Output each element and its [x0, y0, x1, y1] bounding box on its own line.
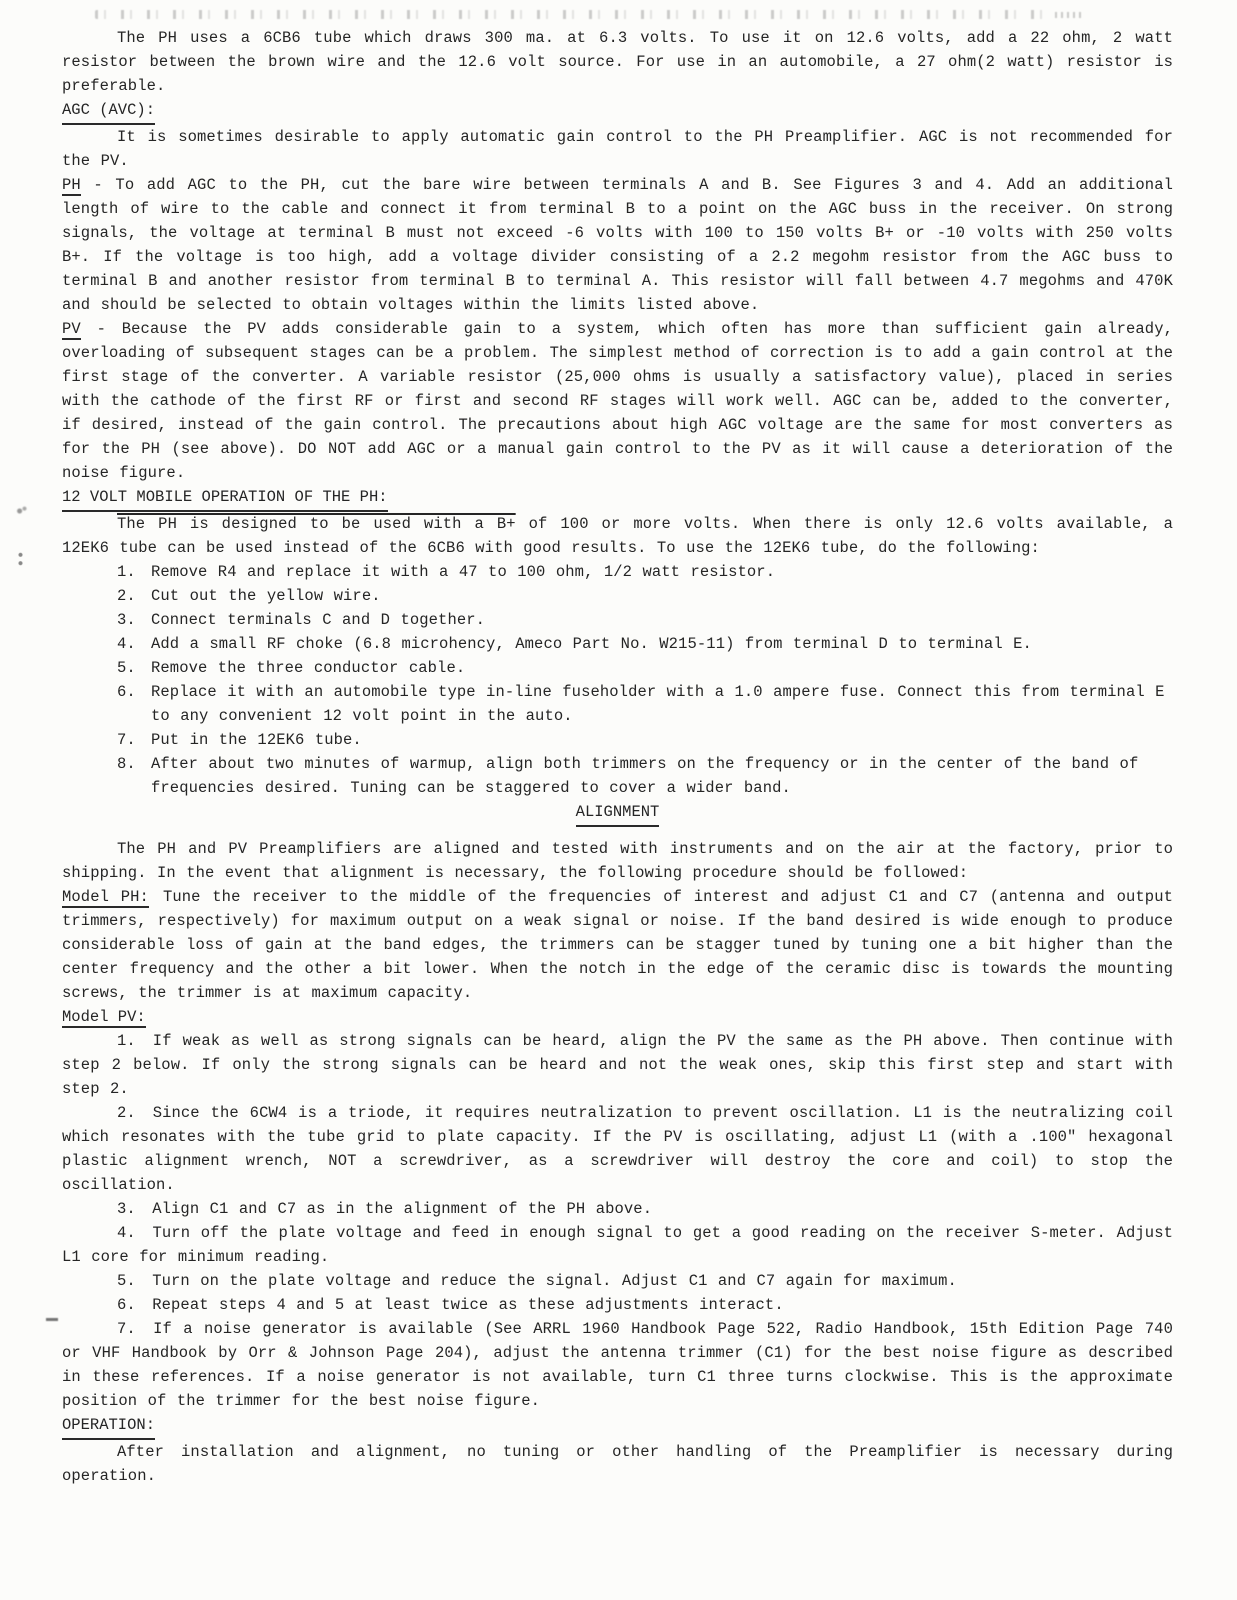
step-text: Align C1 and C7 as in the alignment of t…: [152, 1200, 652, 1218]
scan-noise-margin-mark: [18, 552, 23, 566]
step-number: 8.: [117, 752, 151, 800]
step-text: Since the 6CW4 is a triode, it requires …: [62, 1104, 1173, 1194]
ph-label: PH: [62, 176, 81, 196]
step-number: 2.: [117, 584, 151, 608]
step-text: Put in the 12EK6 tube.: [151, 728, 1173, 752]
step-number: 5.: [117, 656, 151, 680]
pv-paragraph-text: - Because the PV adds considerable gain …: [62, 320, 1173, 482]
step-text: Turn on the plate voltage and reduce the…: [152, 1272, 957, 1290]
mobile-intro-underlined: The PH is designed to be used with a B+: [117, 515, 516, 533]
alignment-intro-paragraph: The PH and PV Preamplifiers are aligned …: [62, 837, 1173, 885]
list-item: 1. If weak as well as strong signals can…: [62, 1029, 1173, 1101]
list-item: 4.Add a small RF choke (6.8 microhency, …: [62, 632, 1173, 656]
step-text: After about two minutes of warmup, align…: [151, 752, 1173, 800]
step-text: Add a small RF choke (6.8 microhency, Am…: [151, 632, 1173, 656]
operation-heading-text: OPERATION:: [62, 1413, 155, 1440]
step-text: Replace it with an automobile type in-li…: [151, 680, 1173, 728]
intro-paragraph: The PH uses a 6CB6 tube which draws 300 …: [62, 26, 1173, 98]
scanned-document-page: The PH uses a 6CB6 tube which draws 300 …: [0, 0, 1237, 1600]
mobile-steps-list: 1.Remove R4 and replace it with a 47 to …: [62, 560, 1173, 800]
agc-section-heading: AGC (AVC):: [62, 98, 1173, 125]
ph-paragraph-text: - To add AGC to the PH, cut the bare wir…: [62, 176, 1173, 314]
step-text: If a noise generator is available (See A…: [62, 1320, 1173, 1410]
mobile-section-heading: 12 VOLT MOBILE OPERATION OF THE PH:: [62, 485, 1173, 512]
list-item: 3.Connect terminals C and D together.: [62, 608, 1173, 632]
list-item: 6.Replace it with an automobile type in-…: [62, 680, 1173, 728]
operation-paragraph: After installation and alignment, no tun…: [62, 1440, 1173, 1488]
scan-noise-margin-mark: [14, 505, 28, 517]
step-number: 7.: [117, 728, 151, 752]
list-item: 5. Turn on the plate voltage and reduce …: [62, 1269, 1173, 1293]
list-item: 8.After about two minutes of warmup, ali…: [62, 752, 1173, 800]
pv-label: PV: [62, 320, 81, 340]
model-ph-paragraph: Model PH:Tune the receiver to the middle…: [62, 885, 1173, 1005]
step-number: 4.: [117, 1224, 136, 1242]
scan-noise-strip: [95, 10, 1045, 19]
step-number: 3.: [117, 608, 151, 632]
step-number: 1.: [117, 560, 151, 584]
step-text: Connect terminals C and D together.: [151, 608, 1173, 632]
scan-noise-dash: [46, 1318, 58, 1321]
list-item: 7.Put in the 12EK6 tube.: [62, 728, 1173, 752]
model-ph-text: Tune the receiver to the middle of the f…: [62, 888, 1173, 1002]
list-item: 2.Cut out the yellow wire.: [62, 584, 1173, 608]
step-text: Remove the three conductor cable.: [151, 656, 1173, 680]
document-content: The PH uses a 6CB6 tube which draws 300 …: [62, 26, 1173, 1488]
step-number: 1.: [117, 1032, 136, 1050]
alignment-heading-text: ALIGNMENT: [576, 800, 660, 827]
list-item: 3. Align C1 and C7 as in the alignment o…: [62, 1197, 1173, 1221]
agc-heading-text: AGC (AVC):: [62, 98, 155, 125]
model-pv-label: Model PV:: [62, 1008, 146, 1028]
step-number: 6.: [117, 680, 151, 728]
step-text: If weak as well as strong signals can be…: [62, 1032, 1173, 1098]
step-text: Remove R4 and replace it with a 47 to 10…: [151, 560, 1173, 584]
agc-pv-paragraph: PV - Because the PV adds considerable ga…: [62, 317, 1173, 485]
step-number: 2.: [117, 1104, 136, 1122]
intro-text: The PH uses a 6CB6 tube which draws 300 …: [62, 29, 1173, 95]
step-number: 5.: [117, 1272, 136, 1290]
operation-section-heading: OPERATION:: [62, 1413, 1173, 1440]
model-pv-heading: Model PV:: [62, 1005, 1173, 1029]
step-number: 7.: [117, 1320, 136, 1338]
step-number: 4.: [117, 632, 151, 656]
list-item: 2. Since the 6CW4 is a triode, it requir…: [62, 1101, 1173, 1197]
agc-ph-paragraph: PH - To add AGC to the PH, cut the bare …: [62, 173, 1173, 317]
agc-intro-paragraph: It is sometimes desirable to apply autom…: [62, 125, 1173, 173]
list-item: 4. Turn off the plate voltage and feed i…: [62, 1221, 1173, 1269]
model-ph-label: Model PH:: [62, 888, 149, 908]
step-text: Repeat steps 4 and 5 at least twice as t…: [152, 1296, 784, 1314]
step-text: Cut out the yellow wire.: [151, 584, 1173, 608]
agc-intro-text: It is sometimes desirable to apply autom…: [62, 128, 1173, 170]
mobile-intro-paragraph: The PH is designed to be used with a B+ …: [62, 512, 1173, 560]
alignment-section-heading: ALIGNMENT: [62, 800, 1173, 827]
list-item: 7. If a noise generator is available (Se…: [62, 1317, 1173, 1413]
operation-text: After installation and alignment, no tun…: [62, 1443, 1173, 1485]
alignment-intro-text: The PH and PV Preamplifiers are aligned …: [62, 840, 1173, 882]
step-text: Turn off the plate voltage and feed in e…: [62, 1224, 1173, 1266]
list-item: 5.Remove the three conductor cable.: [62, 656, 1173, 680]
list-item: 1.Remove R4 and replace it with a 47 to …: [62, 560, 1173, 584]
list-item: 6. Repeat steps 4 and 5 at least twice a…: [62, 1293, 1173, 1317]
mobile-heading-text: 12 VOLT MOBILE OPERATION OF THE PH:: [62, 485, 388, 512]
scan-noise-mark: [1055, 12, 1083, 18]
alignment-pv-steps: 1. If weak as well as strong signals can…: [62, 1029, 1173, 1413]
step-number: 3.: [117, 1200, 136, 1218]
step-number: 6.: [117, 1296, 136, 1314]
